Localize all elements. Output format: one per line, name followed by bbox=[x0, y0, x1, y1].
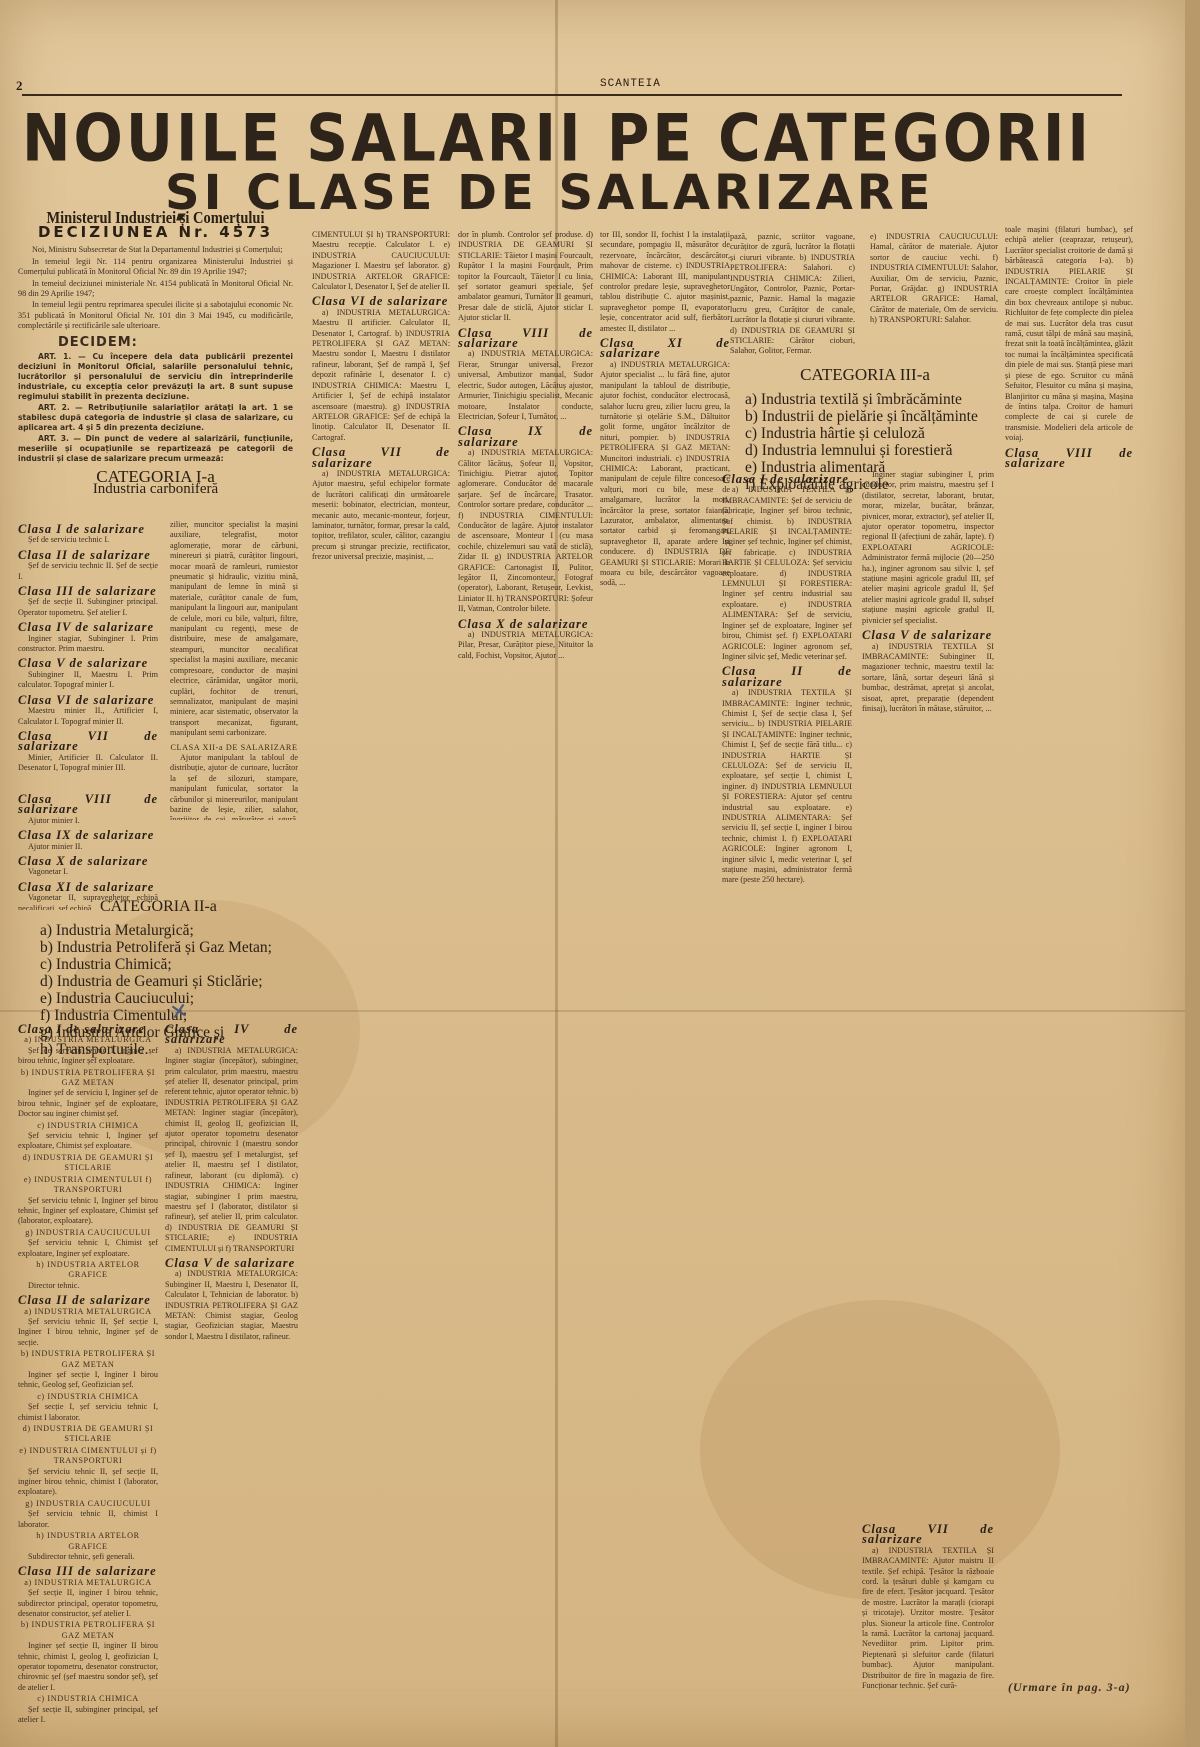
category-1-classes: Clasa I de salarizare Șef de serviciu te… bbox=[18, 520, 158, 820]
column-text: e) INDUSTRIA CAUCIUCULUI: Hamal, cărător… bbox=[870, 232, 998, 326]
industry-heading: a) INDUSTRIA METALURGICA bbox=[18, 1307, 158, 1317]
industry-item: a) Industria textilă și îmbrăcăminte bbox=[745, 391, 1005, 408]
category-3-class-7: Clasa VII de salarizare a) INDUSTRIA TEX… bbox=[862, 1520, 994, 1720]
column-3-lower: Clasa IV de salarizare a) INDUSTRIA META… bbox=[165, 1020, 298, 1747]
column-text: tor III, sondor II, fochist I la instala… bbox=[600, 230, 730, 334]
class-text: Inginer șef secție II, inginer II birou … bbox=[18, 1641, 158, 1693]
ministry-name: Ministerul Industriei și Comerțului bbox=[39, 208, 273, 227]
class-xii-heading: CLASA XII-a DE SALARIZARE bbox=[170, 743, 298, 753]
class-heading: Clasa XI de salarizare bbox=[600, 338, 730, 359]
class-heading: Clasa I de salarizare bbox=[18, 524, 158, 534]
industry-item: c) Industria Chimică; bbox=[40, 956, 300, 973]
industry-heading: a) INDUSTRIA METALURGICA bbox=[18, 1578, 158, 1588]
class-text: a) INDUSTRIA METALURGICA: Ajutor maestru… bbox=[312, 469, 450, 563]
category-3-column-left: Clasa I de salarizare a) INDUSTRIA TEXTI… bbox=[722, 470, 852, 1740]
class-heading: Clasa IV de salarizare bbox=[165, 1024, 298, 1045]
class-text: Șef serviciu tehnic II, chimist I labora… bbox=[18, 1509, 158, 1530]
category-1-classes-cont: Clasa VIII de salarizare Ajutor minier I… bbox=[18, 790, 158, 910]
industry-item: d) Industria de Geamuri și Sticlărie; bbox=[40, 973, 300, 990]
category-1-column-2: zilier, muncitor specialist la mașini au… bbox=[170, 520, 298, 820]
class-text: Subinginer II, Maestru I. Prim calculato… bbox=[18, 670, 158, 691]
industry-heading: g) INDUSTRIA CAUCIUCULUI bbox=[18, 1499, 158, 1509]
class-heading: Clasa IV de salarizare bbox=[18, 622, 158, 632]
industry-heading: h) INDUSTRIA ARTELOR GRAFICE bbox=[18, 1531, 158, 1552]
class-heading: Clasa X de salarizare bbox=[458, 619, 593, 629]
column-text: CIMENTULUI ȘI h) TRANSPORTURI: Maestru r… bbox=[312, 230, 450, 292]
class-text: a) INDUSTRIA TEXTILA ȘI IMBRACAMINTE: Șe… bbox=[722, 485, 852, 662]
class-heading: Clasa VI de salarizare bbox=[312, 296, 450, 306]
class-text: Șef serviciu tehnic II, șef secție II, i… bbox=[18, 1467, 158, 1498]
class-heading: Clasa IX de salarizare bbox=[18, 830, 158, 840]
class-text: Șef serviciu tehnic I, Chimist șef explo… bbox=[18, 1238, 158, 1259]
class-text: Inginer stagiar subinginer I, prim condu… bbox=[862, 470, 994, 626]
class-heading: Clasa XI de salarizare bbox=[18, 882, 158, 892]
class-heading: Clasa V de salarizare bbox=[18, 658, 158, 668]
class-heading: Clasa VII de salarizare bbox=[862, 1524, 994, 1545]
class-text: Vagonetar I. bbox=[18, 867, 158, 877]
class-heading: Clasa VIII de salarizare bbox=[1005, 448, 1133, 469]
industry-item: d) Industria lemnului și forestieră bbox=[745, 442, 1005, 459]
class-text: a) INDUSTRIA METALURGICA: Pilar, Presar,… bbox=[458, 630, 593, 661]
column-5: tor III, sondor II, fochist I la instala… bbox=[600, 230, 730, 1740]
category-3-title: CATEGORIA III-a bbox=[725, 365, 1005, 385]
article-1: ART. 1. — Cu începere dela data publicăr… bbox=[18, 352, 293, 402]
preamble-paragraph: Noi, Ministru Subsecretar de Stat la Dep… bbox=[18, 245, 293, 255]
class-heading: Clasa III de salarizare bbox=[18, 1566, 158, 1576]
column-text: pază, paznic, scriitor vagoane, curățito… bbox=[730, 232, 855, 357]
industry-item: a) Industria Metalurgică; bbox=[40, 922, 300, 939]
class-text: Șef serviciu tehnic II, Șef secție I, In… bbox=[18, 1317, 158, 1348]
category-2-title: CATEGORIA II-a bbox=[100, 898, 300, 916]
class-text: Șef secție I, șef serviciu tehnic I, chi… bbox=[18, 1402, 158, 1423]
class-text: a) INDUSTRIA TEXTILA ȘI IMBRACAMINTE: Su… bbox=[862, 642, 994, 715]
class-text: a) INDUSTRIA METALURGICA: Maestru II art… bbox=[312, 308, 450, 443]
industry-heading: b) INDUSTRIA PETROLIFERA ȘI GAZ METAN bbox=[18, 1068, 158, 1089]
decidem-heading: DECIDEM: bbox=[58, 338, 293, 348]
class-heading: Clasa V de salarizare bbox=[165, 1258, 298, 1268]
industry-heading: e) INDUSTRIA CIMENTULUI și f) TRANSPORTU… bbox=[18, 1446, 158, 1467]
column-text: toale mașini (filaturi bumbac), șef echi… bbox=[1005, 225, 1133, 444]
industry-heading: b) INDUSTRIA PETROLIFERA ȘI GAZ METAN bbox=[18, 1620, 158, 1641]
newspaper-page: 2 SCANTEIA NOUILE SALARII PE CATEGORII Ș… bbox=[0, 0, 1185, 1747]
class-text: a) INDUSTRIA METALURGICA: Subinginer II,… bbox=[165, 1269, 298, 1342]
class-heading: Clasa III de salarizare bbox=[18, 586, 158, 596]
category-1-body: zilier, muncitor specialist la mașini au… bbox=[170, 520, 298, 739]
class-heading: Clasa II de salarizare bbox=[722, 666, 852, 687]
column-4: dor în plumb. Controlor șef produse. d) … bbox=[458, 230, 593, 1740]
class-heading: Clasa VII de salarizare bbox=[18, 731, 158, 752]
industry-item: c) Industria hârtie și celuloză bbox=[745, 425, 1005, 442]
industry-heading: b) INDUSTRIA PETROLIFERA ȘI GAZ METAN bbox=[18, 1349, 158, 1370]
class-text: a) INDUSTRIA METALURGICA: Călitor lăcătu… bbox=[458, 448, 593, 615]
class-xii-text: Ajutor manipulant la tabloul de distribu… bbox=[170, 753, 298, 820]
category-3-column-right: Inginer stagiar subinginer I, prim condu… bbox=[862, 470, 994, 1510]
industry-item: b) Industria Petroliferă și Gaz Metan; bbox=[40, 939, 300, 956]
class-text: Inginer șef secție I, Inginer I birou te… bbox=[18, 1370, 158, 1391]
industry-item: b) Industrii de pielărie și încălțăminte bbox=[745, 408, 1005, 425]
class-text: Ajutor minier I. bbox=[18, 816, 158, 826]
class-text: a) INDUSTRIA TEXTILA ȘI IMBRACAMINTE: In… bbox=[722, 688, 852, 886]
continuation-note: (Urmare în pag. 3-a) bbox=[1008, 1682, 1148, 1702]
category-1-subtitle: Industria carboniferă bbox=[18, 484, 293, 494]
masthead-rule bbox=[22, 80, 1122, 96]
class-text: Subdirector tehnic, șefi generali. bbox=[18, 1552, 158, 1562]
class-heading: Clasa VIII de salarizare bbox=[18, 794, 158, 815]
column-3: CIMENTULUI ȘI h) TRANSPORTURI: Maestru r… bbox=[312, 230, 450, 1740]
industry-heading: a) INDUSTRIA METALURGICA bbox=[18, 1035, 158, 1045]
class-text: Inginer șef de serviciu I, Inginer șef d… bbox=[18, 1088, 158, 1119]
preamble-paragraph: In temeiul deciziunei ministeriale Nr. 4… bbox=[18, 279, 293, 300]
class-heading: Clasa X de salarizare bbox=[18, 856, 158, 866]
industry-heading: g) INDUSTRIA CAUCIUCULUI bbox=[18, 1228, 158, 1238]
class-heading: Clasa I de salarizare bbox=[18, 1024, 158, 1034]
class-text: Inginer stagiar, Subinginer I. Prim cons… bbox=[18, 634, 158, 655]
class-heading: Clasa V de salarizare bbox=[862, 630, 994, 640]
column-text: dor în plumb. Controlor șef produse. d) … bbox=[458, 230, 593, 324]
preamble-paragraph: In temeiul legii pentru reprimarea specu… bbox=[18, 300, 293, 331]
preamble-paragraph: In temeiul legii Nr. 114 pentru organiza… bbox=[18, 257, 293, 278]
article-3: ART. 3. — Din punct de vedere al salariz… bbox=[18, 434, 293, 464]
column-8: toale mașini (filaturi bumbac), șef echi… bbox=[1005, 225, 1133, 1665]
class-text: Șef secție II, inginer I birou tehnic, s… bbox=[18, 1588, 158, 1619]
category-2-classes-column: Clasa I de salarizare a) INDUSTRIA METAL… bbox=[18, 1020, 158, 1747]
column-6-top: pază, paznic, scriitor vagoane, curățito… bbox=[730, 232, 855, 362]
industry-heading: c) INDUSTRIA CHIMICA bbox=[18, 1694, 158, 1704]
class-text: Șef de secție II. Subinginer principal. … bbox=[18, 597, 158, 618]
class-heading: Clasa II de salarizare bbox=[18, 550, 158, 560]
class-text: a) INDUSTRIA METALURGICA: Ajutor special… bbox=[600, 360, 730, 589]
class-heading: Clasa I de salarizare bbox=[722, 474, 852, 484]
class-text: Maestru minier II., Artificier I, Calcul… bbox=[18, 706, 158, 727]
industry-heading: e) INDUSTRIA CIMENTULUI f) TRANSPORTURI bbox=[18, 1175, 158, 1196]
class-text: Șef de serviciu technic I. bbox=[18, 535, 158, 545]
class-text: Director tehnic. bbox=[18, 1281, 158, 1291]
class-text: Minier, Artificier II. Calculator II. De… bbox=[18, 753, 158, 774]
industry-heading: h) INDUSTRIA ARTELOR GRAFICE bbox=[18, 1260, 158, 1281]
column-7-top: e) INDUSTRIA CAUCIUCULUI: Hamal, cărător… bbox=[870, 232, 998, 362]
class-text: a) INDUSTRIA METALURGICA: Inginer stagia… bbox=[165, 1046, 298, 1254]
class-text: Șef de serviciu tehnic I, Inginer șef bi… bbox=[18, 1046, 158, 1067]
class-text: Ajutor minier II. bbox=[18, 842, 158, 852]
article-2: ART. 2. — Retribuțiunile salariaților ar… bbox=[18, 403, 293, 433]
class-heading: Clasa IX de salarizare bbox=[458, 426, 593, 447]
class-text: Șef secție II, subinginer principal, șef… bbox=[18, 1705, 158, 1726]
industry-heading: d) INDUSTRIA DE GEAMURI ȘI STICLARIE bbox=[18, 1153, 158, 1174]
class-heading: Clasa VII de salarizare bbox=[312, 447, 450, 468]
industry-heading: d) INDUSTRIA DE GEAMURI ȘI STICLARIE bbox=[18, 1424, 158, 1445]
class-text: Șef serviciu tehnic I, Inginer șef birou… bbox=[18, 1196, 158, 1227]
class-text: Șef serviciu tehnic I, Inginer șef explo… bbox=[18, 1131, 158, 1152]
class-heading: Clasa VIII de salarizare bbox=[458, 328, 593, 349]
class-text: a) INDUSTRIA TEXTILA ȘI IMBRACAMINTE: Aj… bbox=[862, 1546, 994, 1692]
class-heading: Clasa VI de salarizare bbox=[18, 695, 158, 705]
class-text: a) INDUSTRIA METALURGICA: Fierar, Strung… bbox=[458, 349, 593, 422]
class-heading: Clasa II de salarizare bbox=[18, 1295, 158, 1305]
class-text: Șef de serviciu technic II. Șef de secți… bbox=[18, 561, 158, 582]
industry-heading: c) INDUSTRIA CHIMICA bbox=[18, 1121, 158, 1131]
industry-heading: c) INDUSTRIA CHIMICA bbox=[18, 1392, 158, 1402]
decision-title: DECIZIUNEA Nr. 4573 bbox=[18, 227, 293, 237]
